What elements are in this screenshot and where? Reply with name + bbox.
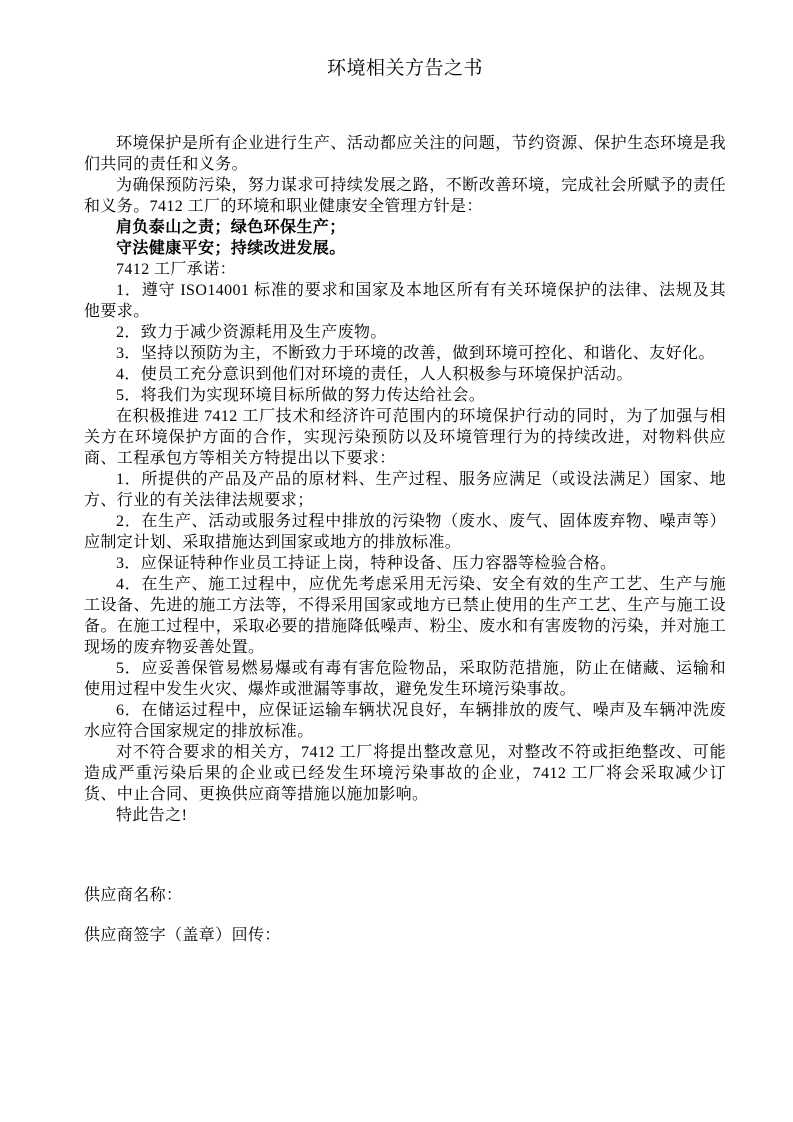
requirement-item-6: 6．在储运过程中，应保证运输车辆状况良好，车辆排放的废气、噪声及车辆冲洗废水应符… — [84, 700, 726, 742]
commitment-item-2: 2．致力于减少资源耗用及生产废物。 — [84, 322, 726, 343]
requirements-preamble: 在积极推进 7412 工厂技术和经济许可范围内的环境保护行动的同时，为了加强与相… — [84, 406, 726, 469]
requirement-item-2: 2．在生产、活动或服务过程中排放的污染物（废水、废气、固体废弃物、噪声等）应制定… — [84, 511, 726, 553]
policy-slogan-line-1: 肩负泰山之责；绿色环保生产； — [84, 217, 726, 238]
requirement-item-5: 5．应妥善保管易燃易爆或有毒有害危险物品，采取防范措施，防止在储藏、运输和使用过… — [84, 658, 726, 700]
commitments-heading: 7412 工厂承诺： — [84, 259, 726, 280]
commitment-item-3: 3．坚持以预防为主，不断致力于环境的改善，做到环境可控化、和谐化、友好化。 — [84, 343, 726, 364]
intro-paragraph: 环境保护是所有企业进行生产、活动都应关注的问题，节约资源、保护生态环境是我们共同… — [84, 133, 726, 175]
closing-line: 特此告之! — [84, 805, 726, 826]
supplier-name-label: 供应商名称： — [84, 885, 726, 906]
document-body: 环境保护是所有企业进行生产、活动都应关注的问题，节约资源、保护生态环境是我们共同… — [84, 133, 726, 826]
policy-slogan-line-2: 守法健康平安；持续改进发展。 — [84, 238, 726, 259]
requirement-item-3: 3．应保证特种作业员工持证上岗，特种设备、压力容器等检验合格。 — [84, 553, 726, 574]
commitment-item-5: 5．将我们为实现环境目标所做的努力传达给社会。 — [84, 385, 726, 406]
commitment-item-4: 4．使员工充分意识到他们对环境的责任，人人积极参与环境保护活动。 — [84, 364, 726, 385]
noncompliance-paragraph: 对不符合要求的相关方，7412 工厂将提出整改意见，对整改不符或拒绝整改、可能造… — [84, 742, 726, 805]
document-page: 环境相关方告之书 环境保护是所有企业进行生产、活动都应关注的问题，节约资源、保护… — [0, 0, 793, 1122]
document-footer: 供应商名称： 供应商签字（盖章）回传： — [84, 885, 726, 946]
requirement-item-1: 1．所提供的产品及产品的原材料、生产过程、服务应满足（或设法满足）国家、地方、行… — [84, 469, 726, 511]
document-title: 环境相关方告之书 — [84, 56, 726, 82]
requirement-item-4: 4．在生产、施工过程中，应优先考虑采用无污染、安全有效的生产工艺、生产与施工设备… — [84, 574, 726, 658]
policy-preamble: 为确保预防污染，努力谋求可持续发展之路，不断改善环境，完成社会所赋予的责任和义务… — [84, 175, 726, 217]
commitment-item-1: 1．遵守 ISO14001 标准的要求和国家及本地区所有有关环境保护的法律、法规… — [84, 280, 726, 322]
supplier-signature-label: 供应商签字（盖章）回传： — [84, 925, 726, 946]
